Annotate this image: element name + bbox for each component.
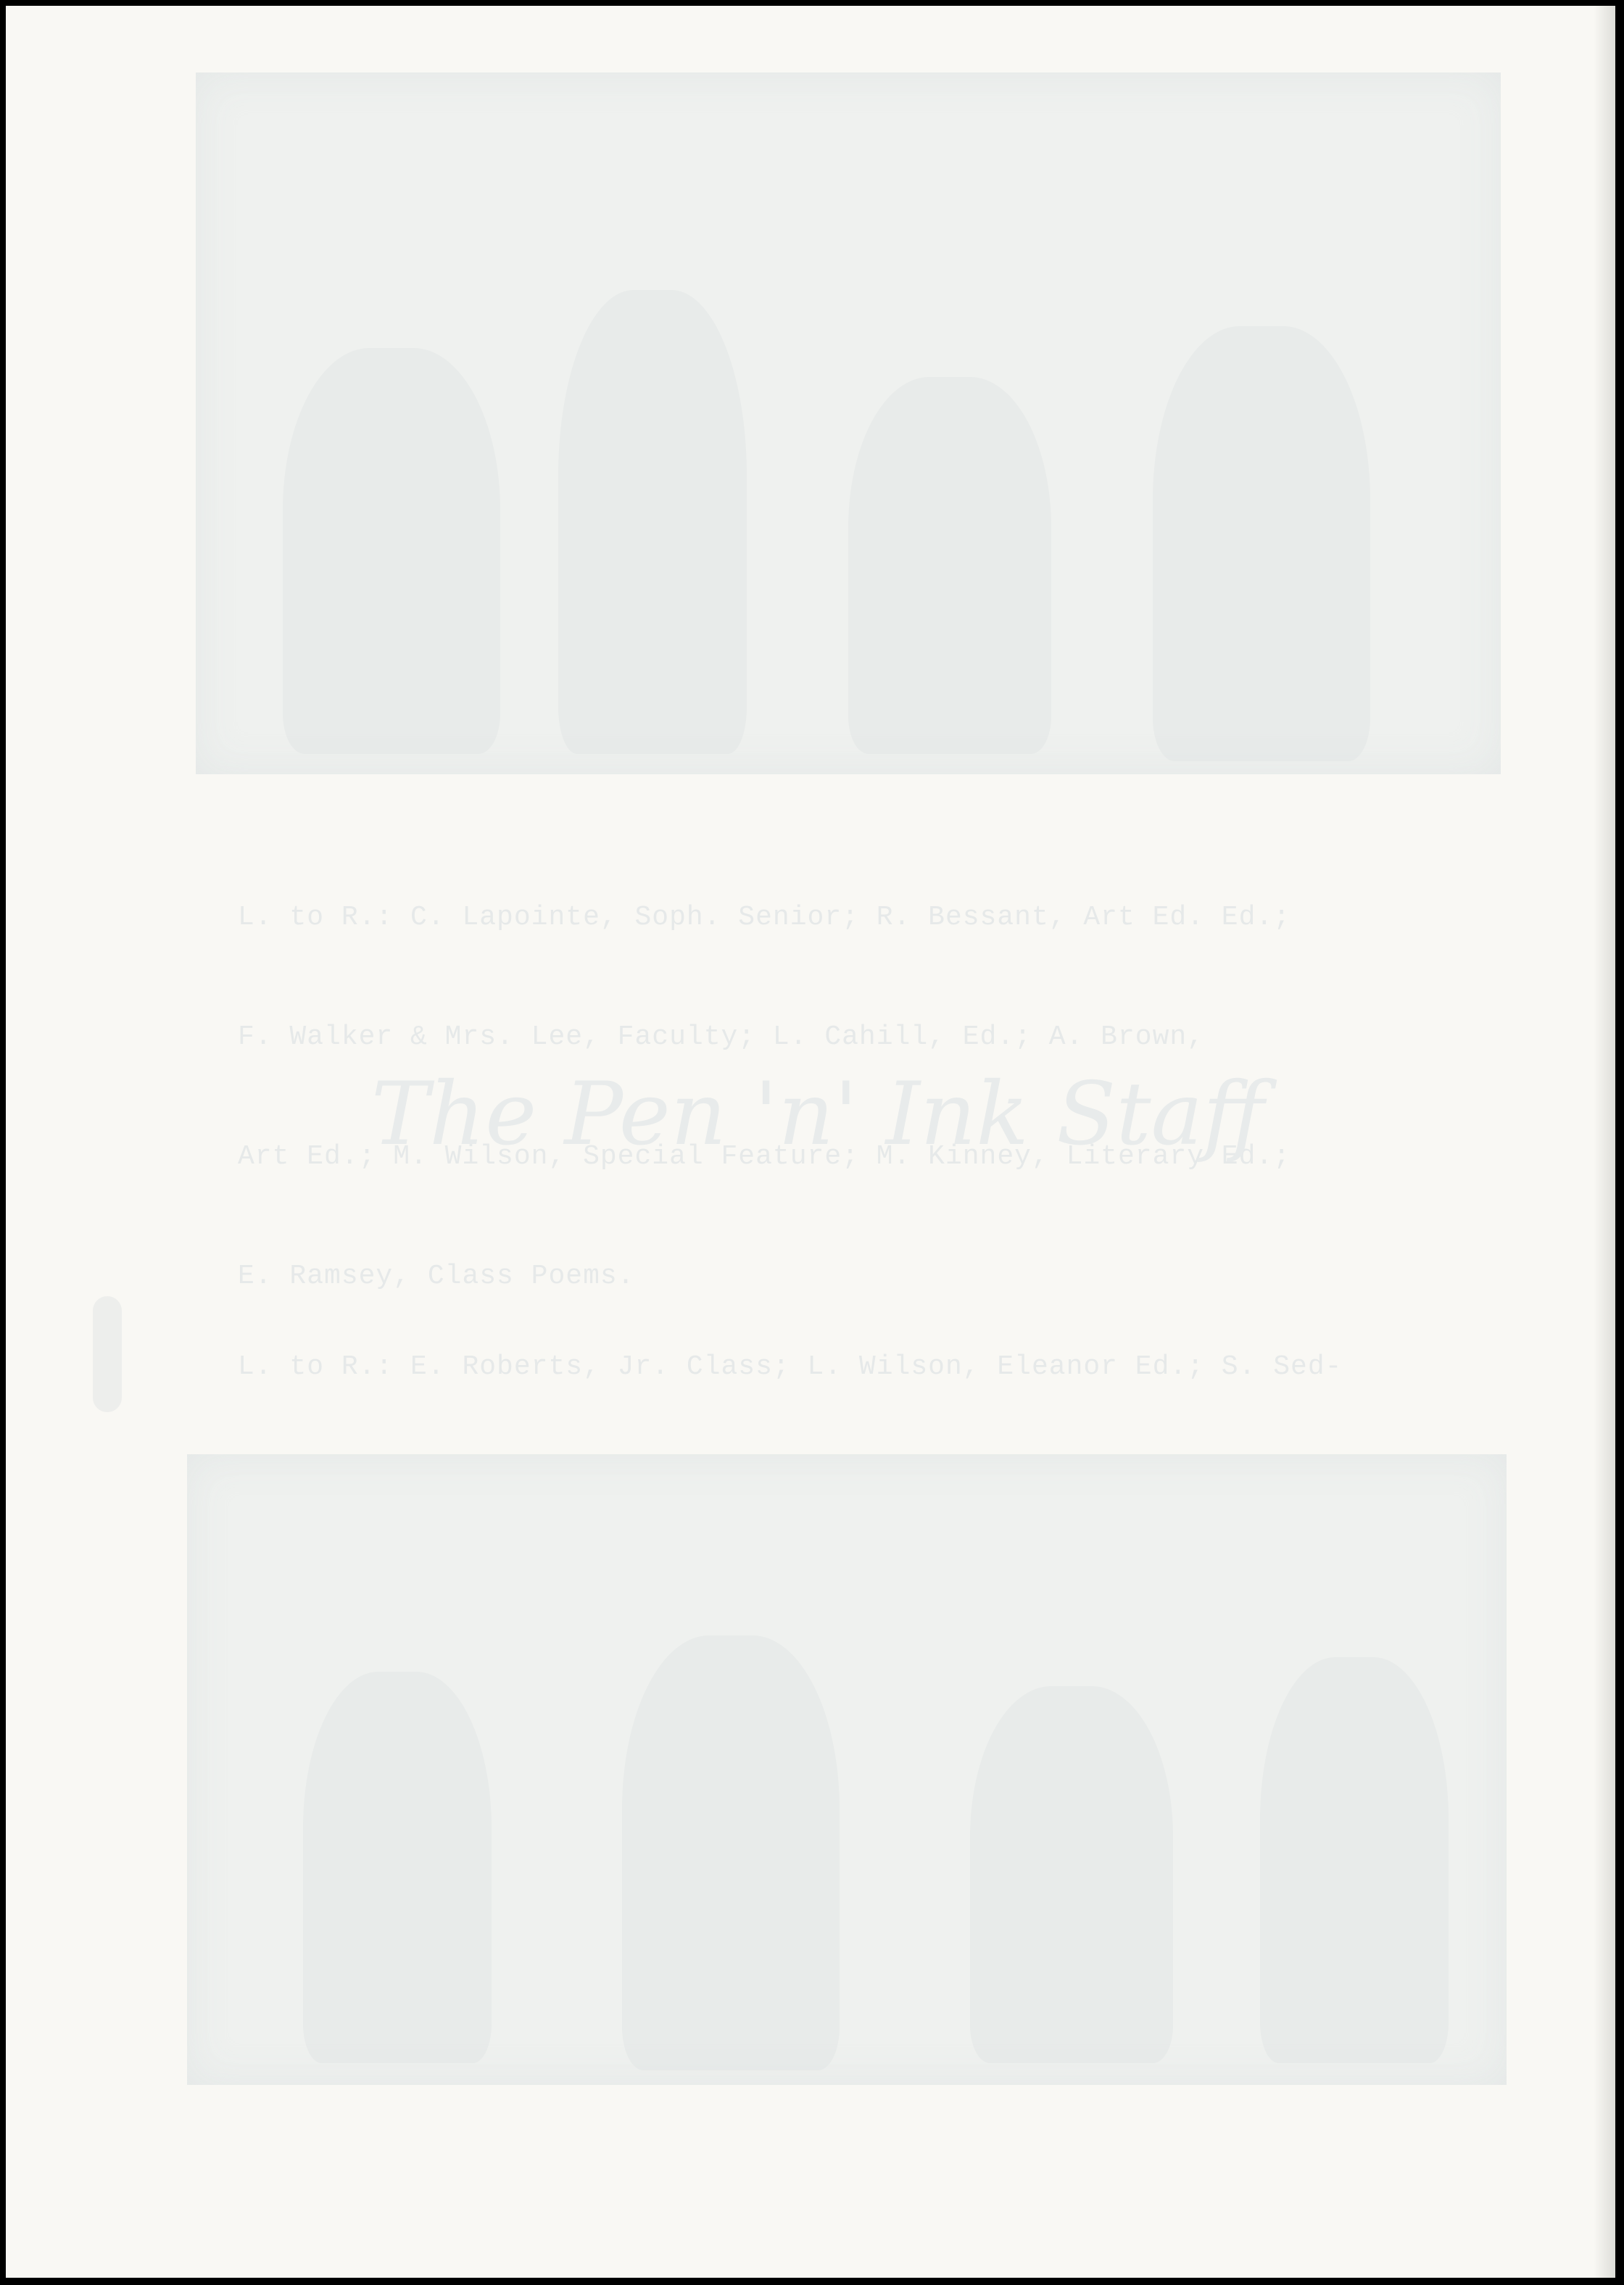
caption-line: L. to R.: C. Lapointe, Soph. Senior; R. …: [238, 897, 1456, 937]
scan-mark: [93, 1296, 122, 1412]
caption-line: F. Walker & Mrs. Lee, Faculty; L. Cahill…: [238, 1017, 1456, 1057]
figure-silhouette: [558, 290, 747, 754]
figure-silhouette: [303, 1672, 492, 2063]
figure-silhouette: [1260, 1657, 1449, 2063]
figure-silhouette: [1153, 326, 1370, 761]
page: L. to R.: C. Lapointe, Soph. Senior; R. …: [6, 6, 1615, 2278]
caption-line: L. to R.: E. Roberts, Jr. Class; L. Wils…: [238, 1347, 1456, 1387]
group-photo-top: [196, 72, 1501, 774]
figure-silhouette: [283, 348, 500, 754]
section-title: The Pen 'n' Ink Staff: [6, 1064, 1624, 1165]
figure-silhouette: [848, 377, 1051, 754]
page-edge-shadow: [1594, 6, 1615, 2278]
figure-silhouette: [622, 1635, 840, 2070]
figure-silhouette: [970, 1686, 1173, 2063]
group-photo-bottom: [187, 1454, 1507, 2085]
